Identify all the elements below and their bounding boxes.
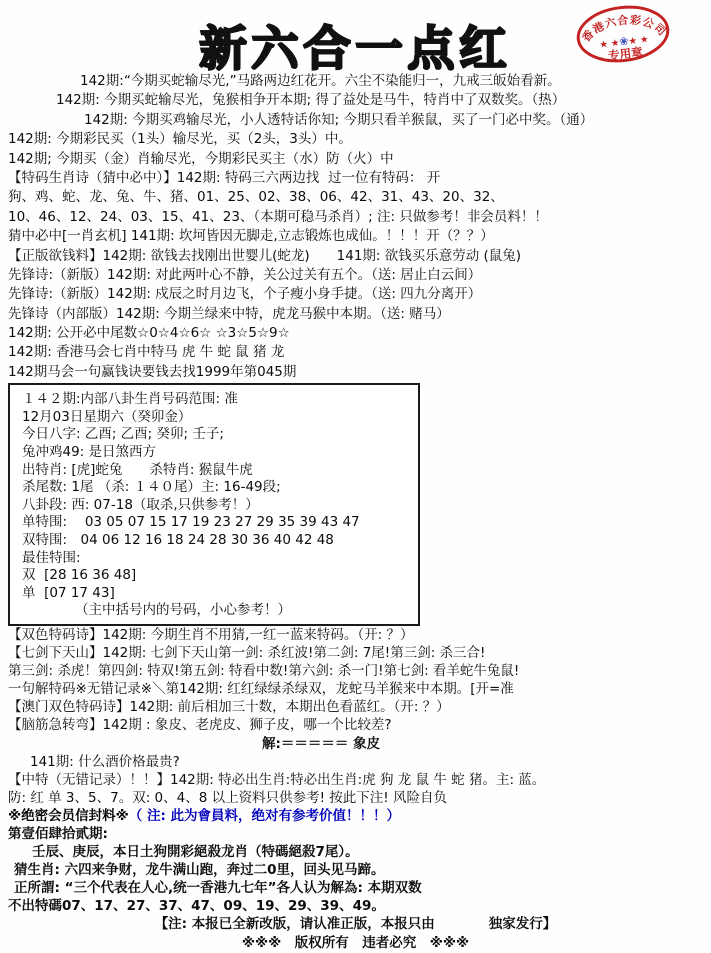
tips-section-top: 142期:“今期买蛇输尽光,”马路两边红花开。六尘不染能归一，九戒三皈始看新。1… (0, 72, 711, 382)
text-line: 双 [28 16 36 48] (20, 567, 418, 585)
text-line: 【中特（无错记录）！！】142期: 特必出生肖:特必出生肖:虎 狗 龙 鼠 牛 … (0, 771, 711, 789)
text-line: 142期: 公开必中尾数☆0☆4☆6☆ ☆3☆5☆9☆ (0, 324, 711, 343)
eight-trigram-info-box: １４２期:内部八卦生肖号码范围: 准12月03日星期六（癸卯金）今日八字: 乙酉… (8, 383, 420, 626)
text-line: １４２期:内部八卦生肖号码范围: 准 (20, 391, 418, 409)
text-line: 解:＝＝＝＝＝ 象皮 (0, 735, 711, 753)
text-segment: （ 注: 此为會員料，绝对有参考价值！！！） (129, 808, 400, 824)
seal-bottom-text: 专用章 (607, 45, 643, 63)
text-line: 第三剑: 杀虎！第四剑: 特双!第五剑: 特看中数!第六剑: 杀一门!第七剑: … (0, 662, 711, 680)
tips-section-bottom: 【双色特码诗】142期: 今期生肖不用猜,一红一蓝来特码。（开: ？）【七剑下天… (0, 626, 711, 952)
text-line: 双特围: 04 06 12 16 18 24 28 30 36 40 42 48 (20, 532, 418, 550)
text-line: 杀尾数: 1尾 （杀: １４０尾）主: 16-49段; (20, 479, 418, 497)
text-line: 142期: 香港马会七肖中特马 虎 牛 蛇 鼠 猪 龙 (0, 343, 711, 362)
text-line: 壬辰、庚辰，本日土狗開彩絕殺龙肖（特碼絕殺7尾）。 (0, 843, 711, 861)
text-line: 10、46、12、24、03、15、41、23、（本期可稳马杀肖）; 注: 只做… (0, 208, 711, 227)
text-line: 【七剑下天山】142期: 七剑下天山第一剑: 杀红波!第二剑: 7尾!第三剑: … (0, 644, 711, 662)
text-line: 142期: 今期买蛇输尽光，兔猴相争开本期; 得了益处是马牛，特肖中了双数奖。（… (0, 91, 711, 110)
text-line: 猜中必中[一肖玄机] 141期: 坎坷皆因无脚走,立志锻炼也成仙。！！！开（？？… (0, 227, 711, 246)
text-line: （主中括号内的号码，小心参考！） (20, 602, 418, 620)
text-line: 今日八字: 乙酉; 乙酉; 癸卯; 壬子; (20, 426, 418, 444)
newspaper-page: 新六合一点红 香港六合彩公司 ★ ★❀★ ★ 专用章 142期:“今期买蛇输尽光… (0, 0, 711, 953)
text-line: 【正版欲钱料】142期: 欲钱去找刚出世婴儿(蛇龙) 141期: 欲钱买乐意劳动… (0, 247, 711, 266)
text-line: 先锋诗（内部版）142期: 今期兰绿来中特，虎龙马猴中本期。（送: 赌马） (0, 305, 711, 324)
text-line: 142期; 今期买（金）肖输尽光，今期彩民买主（水）防（火）中 (0, 150, 711, 169)
text-line: 先锋诗:（新版）142期: 戍辰之时月边飞，个子瘦小身手捷。（送: 四九分离开） (0, 285, 711, 304)
text-line: 狗、鸡、蛇、龙、兔、牛、猪、01、25、02、38、06、42、31、43、20… (0, 188, 711, 207)
text-line: 单特围: 03 05 07 15 17 19 23 27 29 35 39 43… (20, 514, 418, 532)
text-line: 出特肖: [虎]蛇兔 杀特肖: 猴鼠牛虎 (20, 462, 418, 480)
text-line: 最佳特围: (20, 550, 418, 568)
text-line: 142期马会一句赢钱诀要钱去找1999年第045期 (0, 363, 711, 382)
text-line: 兔冲鸡49: 是日煞西方 (20, 444, 418, 462)
text-line: 八卦段: 西: 07-18（取杀,只供参考！） (20, 497, 418, 515)
text-line: 【双色特码诗】142期: 今期生肖不用猜,一红一蓝来特码。（开: ？） (0, 626, 711, 644)
company-seal: 香港六合彩公司 ★ ★❀★ ★ 专用章 (571, 0, 676, 70)
text-line: 猜生肖: 六四来争财，龙牛满山跑，奔过二0里，回头见马蹄。 (0, 861, 711, 879)
text-line: 【澳门双色特码诗】142期: 前后相加三十数，本期出色看蓝红。（开: ？） (0, 698, 711, 716)
text-line: 142期: 今期彩民买（1头）输尽光，买（2头，3头）中。 (0, 130, 711, 149)
text-line: 12月03日星期六（癸卯金） (20, 409, 418, 427)
text-line: 一句解特码※无错记录※＼第142期: 红红绿绿杀绿双，龙蛇马羊猴来中本期。[开=… (0, 680, 711, 698)
text-line: 【脑筋急转弯】142期 : 象皮、老虎皮、狮子皮，哪一个比较差? (0, 716, 711, 734)
text-line: 不出特碼07、17、27、37、47、09、19、29、39、49。 (0, 897, 711, 915)
text-line: 【特码生肖诗（猜中必中）】142期: 特码三六两边找 过一位有特码： 开 (0, 169, 711, 188)
text-line: 先锋诗:（新版）142期: 对此两叶心不静，关公过关有五个。（送: 居止白云间） (0, 266, 711, 285)
text-segment: ※绝密会员信封料※ (8, 808, 129, 824)
text-line: ※绝密会员信封料※（ 注: 此为會員料，绝对有参考价值！！！） (0, 807, 711, 825)
eight-trigram-lines: １４２期:内部八卦生肖号码范围: 准12月03日星期六（癸卯金）今日八字: 乙酉… (20, 391, 418, 620)
page-content: 142期:“今期买蛇输尽光,”马路两边红花开。六尘不染能归一，九戒三皈始看新。1… (0, 66, 711, 952)
text-line: 第壹佰肆拾贰期: (0, 825, 711, 843)
text-line: 142期: 今期买鸡输尽光，小人透特话你知; 今期只看羊猴鼠，买了一门必中奖。（… (0, 111, 711, 130)
text-line: 142期:“今期买蛇输尽光,”马路两边红花开。六尘不染能归一，九戒三皈始看新。 (0, 72, 711, 91)
text-line: 单 [07 17 43] (20, 585, 418, 603)
text-line: 【注: 本报已全新改版，请认准正版，本报只由 独家发行】 (0, 915, 711, 933)
text-line: 141期: 什么酒价格最贵? (0, 753, 711, 771)
text-line: ※※※ 版权所有 违者必究 ※※※ (0, 934, 711, 952)
text-line: 防: 红 单 3、5、7。双: 0、4、8 以上资料只供参考! 按此下注! 风险… (0, 789, 711, 807)
text-line: 正所謂: “三个代表在人心,统一香港九七年”各人认为解為: 本期双数 (0, 879, 711, 897)
